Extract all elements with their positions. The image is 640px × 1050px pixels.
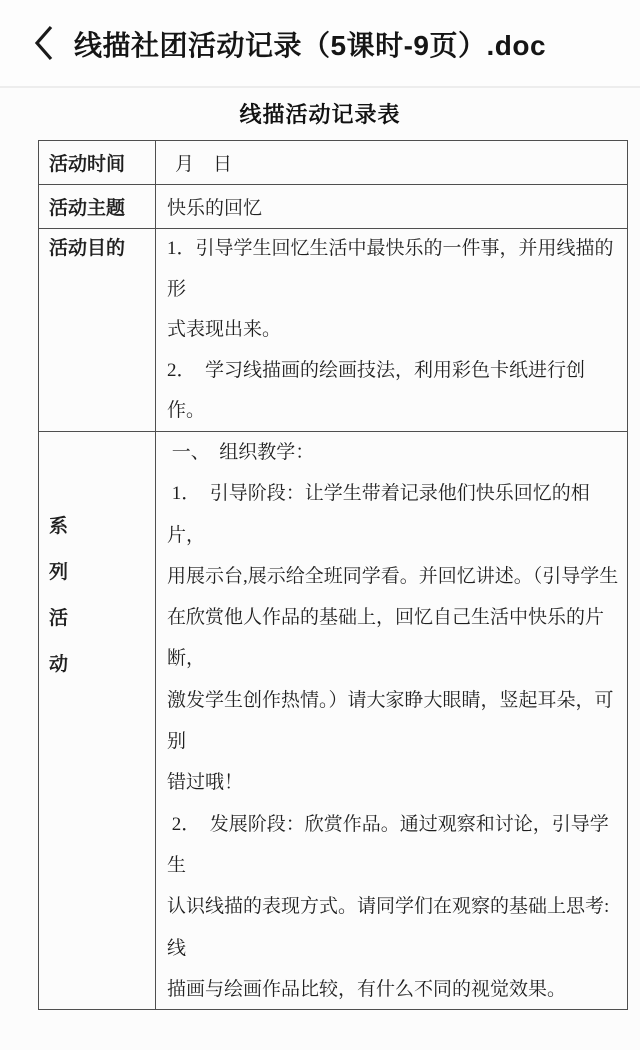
chevron-left-icon [31, 23, 57, 63]
back-button[interactable] [0, 0, 74, 87]
activity-time-label: 活动时间 [39, 141, 156, 184]
activity-time-value: 月 日 [156, 141, 627, 184]
table-row-activity-theme: 活动主题 快乐的回忆 [39, 184, 627, 228]
file-title: 线描社团活动记录（5课时-9页）.doc [74, 22, 546, 64]
document-heading: 线描活动记录表 [0, 100, 640, 130]
activity-goal-label: 活动目的 [39, 229, 156, 431]
activity-theme-value: 快乐的回忆 [156, 185, 627, 228]
app-bar: 线描社团活动记录（5课时-9页）.doc [0, 0, 640, 88]
activity-goal-value: 1．引导学生回忆生活中最快乐的一件事，并用线描的形 式表现出来。 2． 学习线描… [156, 229, 627, 431]
activity-record-table: 活动时间 月 日 活动主题 快乐的回忆 活动目的 1．引导学生回忆生活中最快乐的… [38, 140, 628, 1010]
table-row-series-activity: 系 列 活 动 一、 组织教学： 1． 引导阶段：让学生带着记录他们快乐回忆的相… [39, 431, 627, 1009]
document-viewer-screen: 线描社团活动记录（5课时-9页）.doc 线描活动记录表 活动时间 月 日 活动… [0, 0, 640, 1050]
table-row-activity-goal: 活动目的 1．引导学生回忆生活中最快乐的一件事，并用线描的形 式表现出来。 2．… [39, 228, 627, 431]
series-activity-value: 一、 组织教学： 1． 引导阶段：让学生带着记录他们快乐回忆的相片， 用展示台,… [156, 432, 627, 1009]
document-scroll-area[interactable]: 线描活动记录表 活动时间 月 日 活动主题 快乐的回忆 活动目的 1．引导学生回… [0, 90, 640, 1050]
activity-theme-label: 活动主题 [39, 185, 156, 228]
series-activity-label: 系 列 活 动 [39, 432, 156, 1009]
table-row-activity-time: 活动时间 月 日 [39, 141, 627, 184]
